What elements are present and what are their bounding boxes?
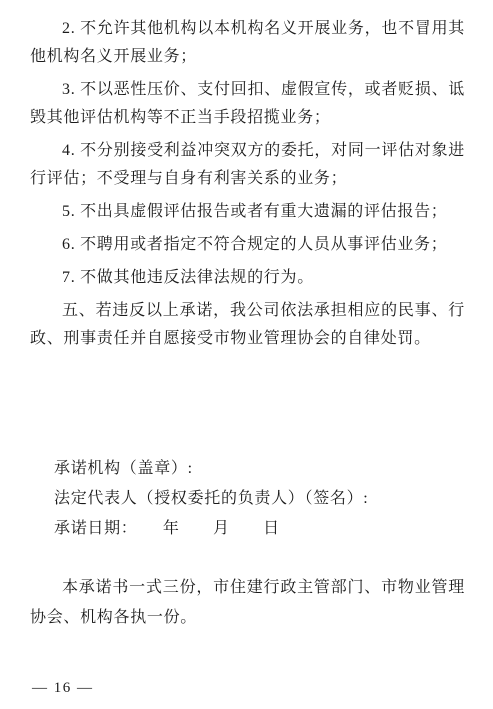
signature-date-line: 承诺日期： 年 月 日 [54,514,465,544]
article-5-paragraph: 五、若违反以上承诺，我公司依法承担相应的民事、行政、刑事责任并自愿接受市物业管理… [30,297,465,353]
clause-item-2: 2. 不允许其他机构以本机构名义开展业务，也不冒用其他机构名义开展业务； [30,15,465,71]
signature-representative-line: 法定代表人（授权委托的负责人）（签名）: [54,484,465,514]
clause-item-6: 6. 不聘用或者指定不符合规定的人员从事评估业务； [30,231,465,259]
clause-item-7: 7. 不做其他违反法律法规的行为。 [30,264,465,292]
signature-block: 承诺机构（盖章）: 法定代表人（授权委托的负责人）（签名）: 承诺日期： 年 月… [30,454,465,544]
clause-item-5: 5. 不出具虚假评估报告或者有重大遗漏的评估报告； [30,198,465,226]
document-page: 2. 不允许其他机构以本机构名义开展业务，也不冒用其他机构名义开展业务； 3. … [0,0,493,709]
clause-item-3: 3. 不以恶性压价、支付回扣、虚假宣传，或者贬损、诋毁其他评估机构等不正当手段招… [30,76,465,132]
clauses-section: 2. 不允许其他机构以本机构名义开展业务，也不冒用其他机构名义开展业务； 3. … [30,15,465,353]
page-number: — 16 — [32,680,94,697]
signature-org-line: 承诺机构（盖章）: [54,454,465,484]
closing-note: 本承诺书一式三份，市住建行政主管部门、市物业管理协会、机构各执一份。 [30,573,465,633]
clause-item-4: 4. 不分别接受利益冲突双方的委托，对同一评估对象进行评估；不受理与自身有利害关… [30,137,465,193]
